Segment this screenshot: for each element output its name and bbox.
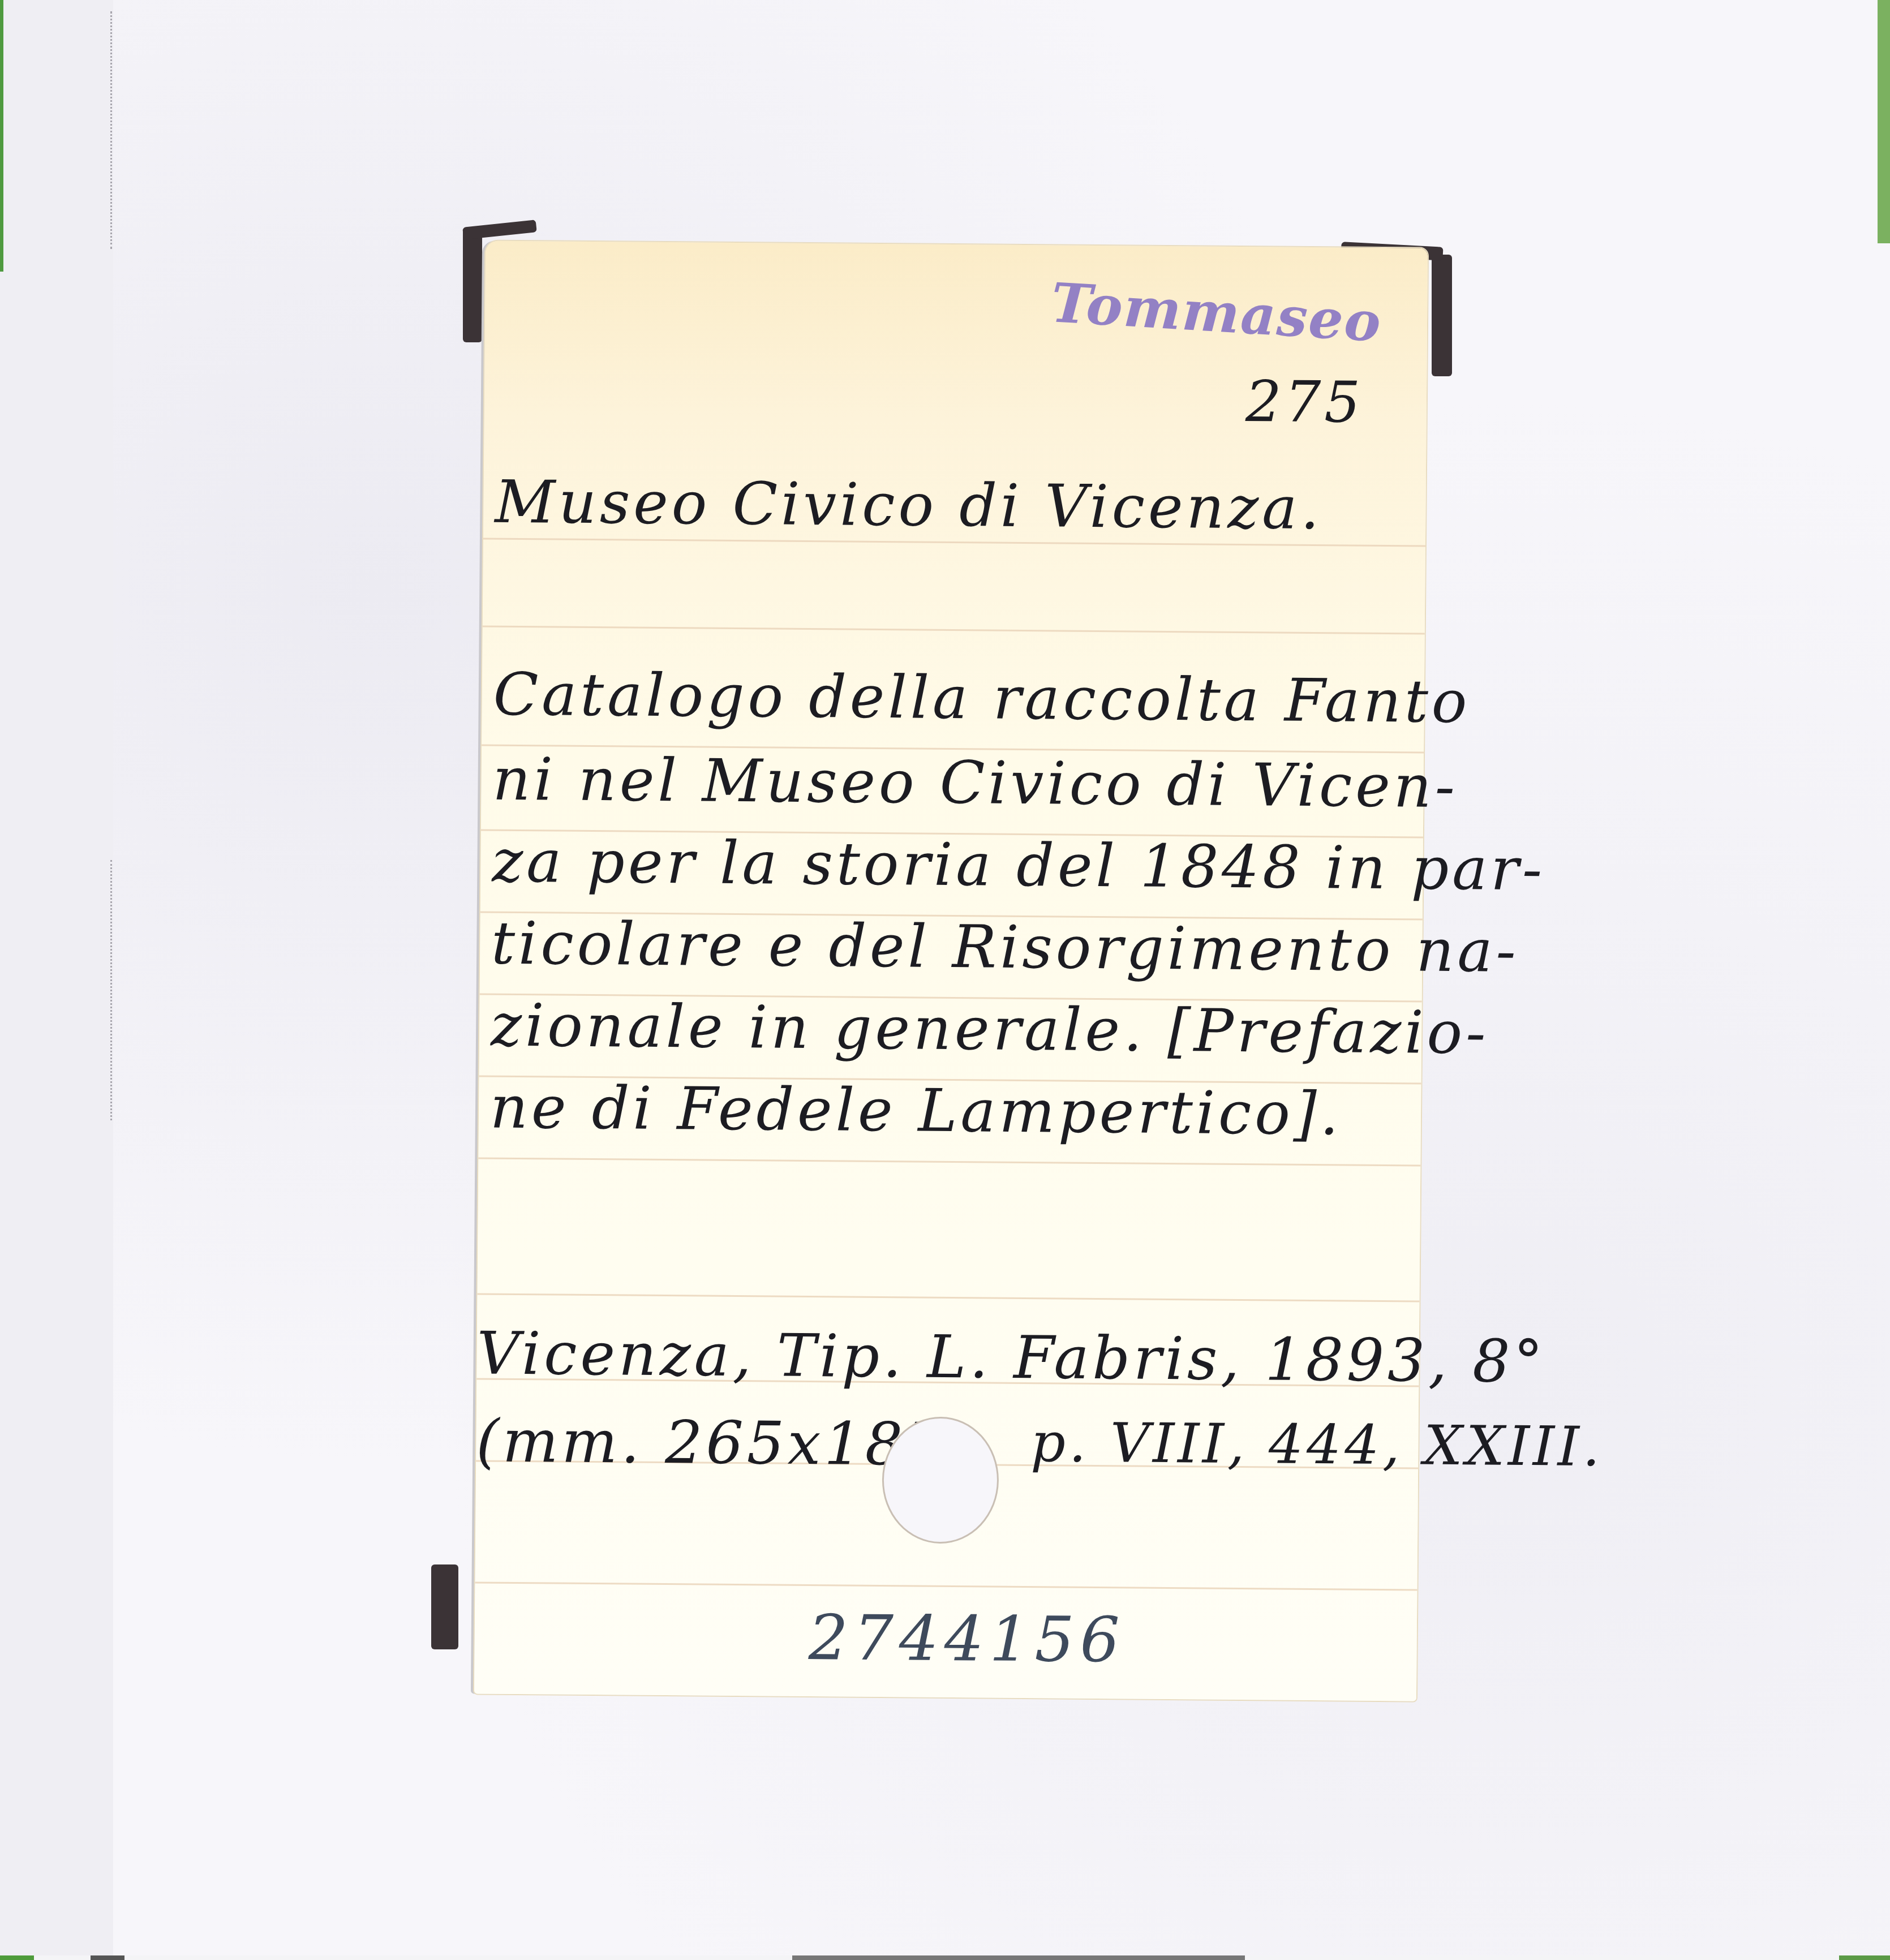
photo-corner-bottom-left — [431, 1564, 458, 1649]
scan-edge-bottom — [0, 1955, 1890, 1960]
punch-hole — [882, 1416, 999, 1544]
title-line: ne di Fedele Lampertico]. — [490, 1073, 1342, 1149]
perforation-edge — [110, 11, 115, 249]
imprint-line: Vicenza, Tip. L. Fabris, 1893, 8° — [476, 1318, 1547, 1396]
title-line: Catalogo della raccolta Fanto — [493, 660, 1471, 737]
photo-corner-top-left — [463, 229, 482, 342]
owner-stamp: Tommaseo — [1049, 270, 1384, 354]
accession-number: 2744156 — [808, 1601, 1126, 1676]
title-line: za per la storia del 1848 in par- — [492, 827, 1546, 904]
title-line: ni nel Museo Civico di Vicen- — [492, 745, 1458, 821]
scan-edge-left — [0, 0, 3, 272]
catalog-card: Tommaseo 275 Museo Civico di Vicenza. Ca… — [474, 241, 1428, 1701]
card-heading: Museo Civico di Vicenza. — [495, 467, 1323, 543]
scan-edge-right — [1878, 0, 1890, 243]
title-line: ticolare e del Risorgimento na- — [491, 909, 1519, 986]
ruled-line — [475, 1581, 1417, 1591]
perforated-stub — [0, 0, 113, 1960]
perforation-edge — [110, 860, 115, 1120]
ruled-line — [483, 625, 1425, 634]
pagination: p. VIII, 444, XXIII. — [1030, 1411, 1604, 1478]
photo-corner-top-right — [1432, 255, 1452, 376]
ruled-line — [478, 1157, 1420, 1166]
shelf-number: 275 — [1245, 368, 1364, 436]
title-line: zionale in generale. [Prefazio- — [491, 991, 1489, 1068]
ruled-line — [477, 1293, 1419, 1302]
